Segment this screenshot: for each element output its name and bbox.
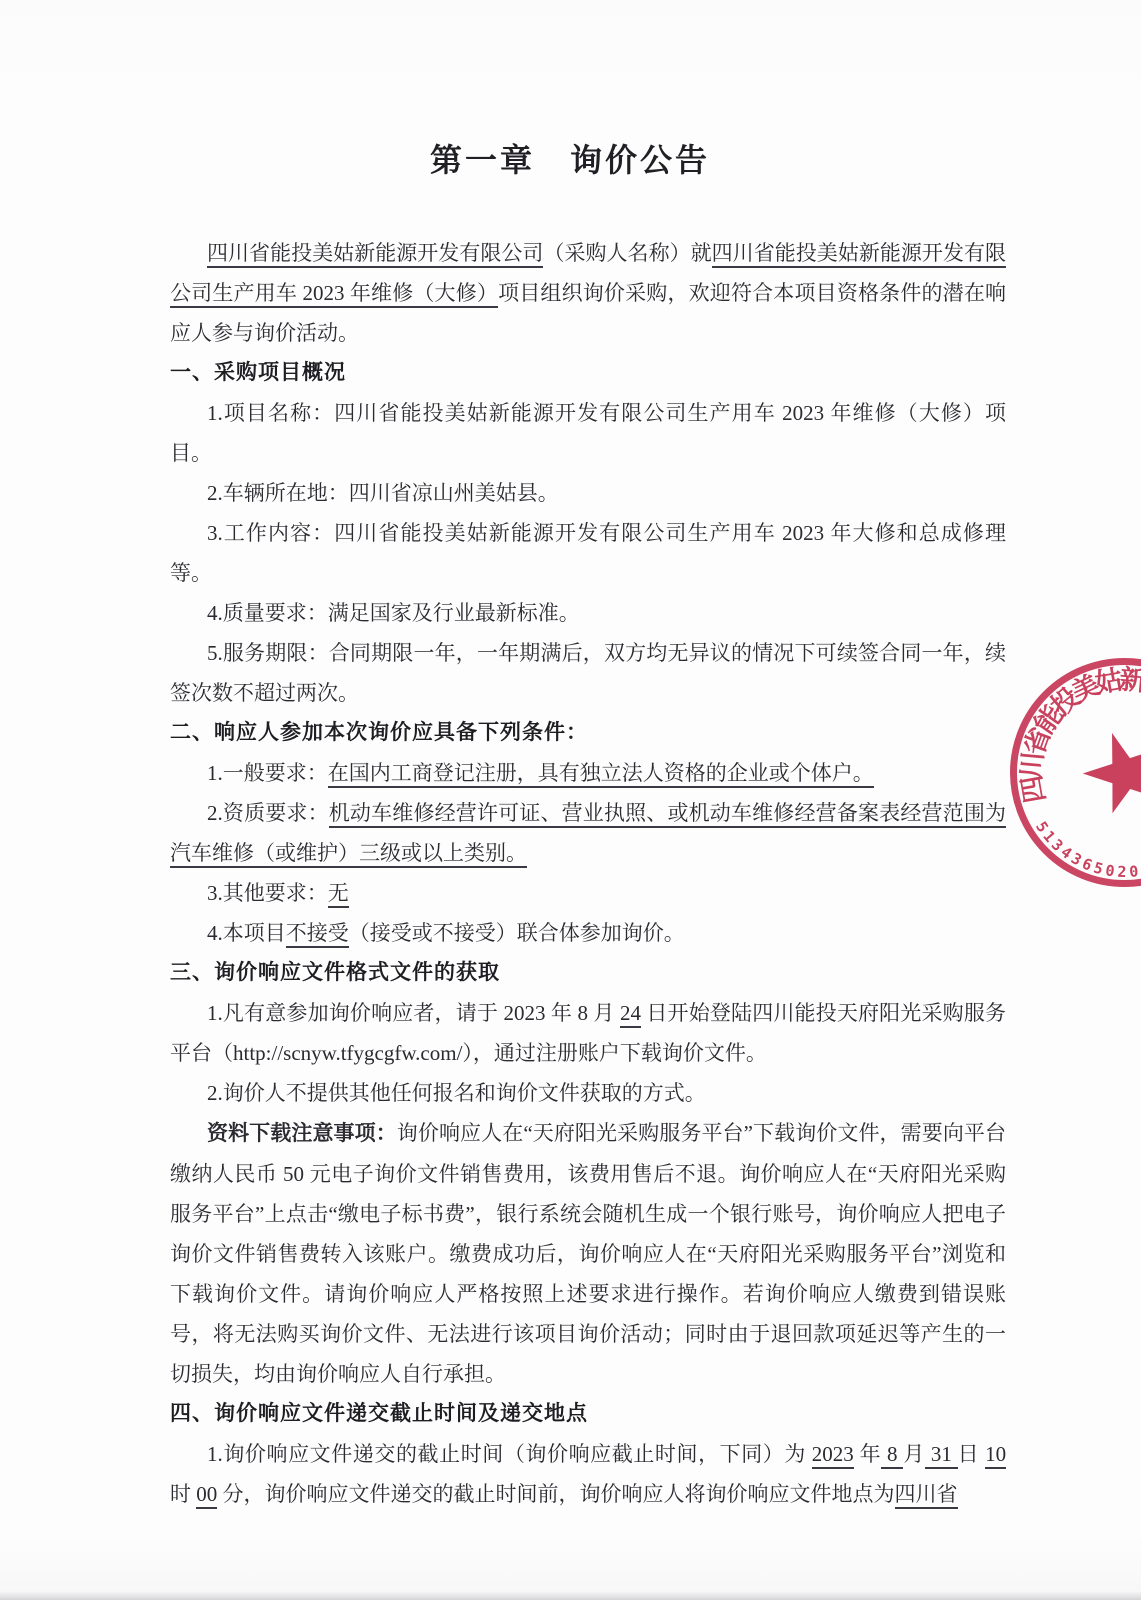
scanned-page: 第一章 询价公告 四川省能投美姑新能源开发有限公司（采购人名称）就四川省能投美姑… <box>0 0 1141 1600</box>
paragraph: 资料下载注意事项：询价响应人在“天府阳光采购服务平台”下载询价文件，需要向平台缴… <box>170 1113 1006 1394</box>
text-run: 1.询价响应文件递交的截止时间（询价响应截止时间，下同）为 <box>207 1442 812 1466</box>
chapter-title: 第一章 询价公告 <box>152 142 988 178</box>
paragraph: 2.车辆所在地：四川省凉山州美姑县。 <box>170 473 1006 513</box>
paragraph: 2.资质要求：机动车维修经营许可证、营业执照、或机动车维修经营备案表经营范围为汽… <box>170 793 1006 873</box>
text-run: 日 <box>958 1442 985 1466</box>
underlined-text: 31 <box>925 1442 958 1469</box>
text-run: 月 <box>903 1442 925 1466</box>
text-run: 时 <box>170 1482 196 1506</box>
document-body: 四川省能投美姑新能源开发有限公司（采购人名称）就四川省能投美姑新能源开发有限公司… <box>170 233 1006 1514</box>
text-run: （采购人名称）就 <box>543 241 711 265</box>
text-run: 4.本项目 <box>207 921 286 945</box>
paragraph: 1.凡有意参加询价响应者，请于 2023 年 8 月 24 日开始登陆四川能投天… <box>170 993 1006 1073</box>
underlined-text: 10 <box>985 1442 1006 1469</box>
text-run: 分，询价响应文件递交的截止时间前，询价响应人将询价响应文件地点为 <box>217 1482 894 1506</box>
official-seal: 四川省能投美姑新5134365020 <box>1010 658 1141 887</box>
text-run: 2.资质要求： <box>207 801 329 825</box>
text-run: 3.其他要求： <box>207 881 328 905</box>
paragraph: 1.一般要求：在国内工商登记注册，具有独立法人资格的企业或个体户。 <box>170 753 1006 793</box>
text-run: 3.工作内容：四川省能投美姑新能源开发有限公司生产用车 2023 年大修和总成修… <box>170 521 1006 585</box>
paragraph: 3.其他要求：无 <box>170 873 1006 913</box>
paragraph: 3.工作内容：四川省能投美姑新能源开发有限公司生产用车 2023 年大修和总成修… <box>170 513 1006 593</box>
seal-arc-char: 新 <box>1117 665 1141 695</box>
paragraph: 1.项目名称：四川省能投美姑新能源开发有限公司生产用车 2023 年维修（大修）… <box>170 393 1006 473</box>
underlined-text: 24 <box>620 1001 641 1028</box>
underlined-text: 不接受 <box>286 921 349 948</box>
text-run: 5.服务期限：合同期限一年，一年期满后，双方均无异议的情况下可续签合同一年，续签… <box>170 641 1006 705</box>
underlined-text: 2023 <box>812 1442 854 1469</box>
text-run: 2.车辆所在地：四川省凉山州美姑县。 <box>207 481 559 505</box>
underlined-text: 四川省能投美姑新能源开发有限公司 <box>207 241 543 268</box>
text-run: 2.询价人不提供其他任何报名和询价文件获取的方式。 <box>207 1081 706 1105</box>
seal-serial-digit: 0 <box>1126 863 1141 880</box>
text-run: （接受或不接受）联合体参加询价。 <box>349 921 685 945</box>
paragraph: 四川省能投美姑新能源开发有限公司（采购人名称）就四川省能投美姑新能源开发有限公司… <box>170 233 1006 353</box>
text-run: 年 <box>854 1442 881 1466</box>
paragraph: 4.本项目不接受（接受或不接受）联合体参加询价。 <box>170 913 1006 953</box>
underlined-text: 无 <box>328 881 349 908</box>
text-run: 1.一般要求： <box>207 761 328 785</box>
section-heading: 三、询价响应文件格式文件的获取 <box>170 953 1006 993</box>
text-run: 1.凡有意参加询价响应者，请于 2023 年 8 月 <box>207 1001 620 1025</box>
scan-edge-artifact-bottom <box>0 1591 1141 1600</box>
underlined-text: 8 <box>881 1442 903 1469</box>
text-run: 1.项目名称：四川省能投美姑新能源开发有限公司生产用车 2023 年维修（大修）… <box>170 401 1006 465</box>
seal-star-icon <box>1072 720 1141 826</box>
text-run: 4.质量要求：满足国家及行业最新标准。 <box>207 601 580 625</box>
paragraph: 4.质量要求：满足国家及行业最新标准。 <box>170 593 1006 633</box>
bold-text: 资料下载注意事项： <box>207 1122 397 1145</box>
text-run: 询价响应人在“天府阳光采购服务平台”下载询价文件，需要向平台缴纳人民币 50 元… <box>170 1121 1006 1386</box>
section-heading: 二、响应人参加本次询价应具备下列条件： <box>170 713 1006 753</box>
paragraph: 5.服务期限：合同期限一年，一年期满后，双方均无异议的情况下可续签合同一年，续签… <box>170 633 1006 713</box>
section-heading: 一、采购项目概况 <box>170 353 1006 393</box>
underlined-text: 在国内工商登记注册，具有独立法人资格的企业或个体户。 <box>328 761 874 788</box>
underlined-text: 四川省 <box>895 1482 958 1509</box>
underlined-text: 00 <box>196 1482 217 1509</box>
paragraph: 1.询价响应文件递交的截止时间（询价响应截止时间，下同）为 2023 年 8 月… <box>170 1434 1006 1514</box>
paragraph: 2.询价人不提供其他任何报名和询价文件获取的方式。 <box>170 1073 1006 1113</box>
section-heading: 四、询价响应文件递交截止时间及递交地点 <box>170 1394 1006 1434</box>
announcement-document: 第一章 询价公告 四川省能投美姑新能源开发有限公司（采购人名称）就四川省能投美姑… <box>170 0 1006 1514</box>
